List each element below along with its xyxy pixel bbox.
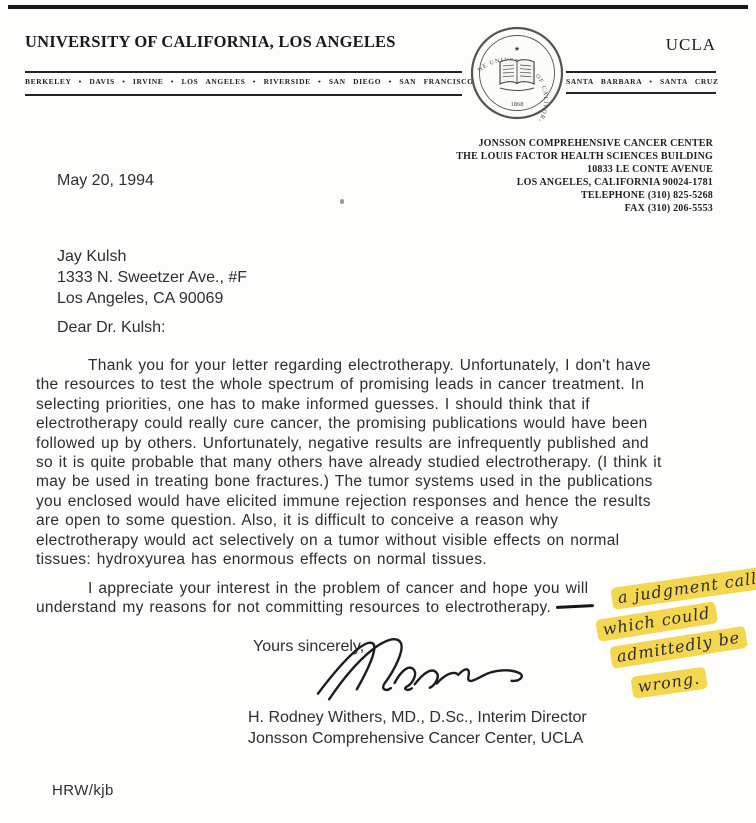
seal-star-icon: ★ xyxy=(514,45,520,53)
uc-seal-icon: THE UNIVERSITY OF CALIFORNIA ★ 1868 xyxy=(469,25,565,121)
salutation: Dear Dr. Kulsh: xyxy=(57,319,165,337)
body-paragraph-1: Thank you for your letter regarding elec… xyxy=(36,356,741,569)
recipient-address: Jay Kulsh1333 N. Sweetzer Ave., #FLos An… xyxy=(57,246,247,309)
letter-date: May 20, 1994 xyxy=(57,172,154,190)
top-rule xyxy=(8,5,748,9)
letter-sheet: UNIVERSITY OF CALIFORNIA, LOS ANGELES UC… xyxy=(0,0,756,823)
header-rule-bottom-right xyxy=(566,92,716,94)
header-rule-bottom-left xyxy=(25,94,462,96)
signature-block: H. Rodney Withers, MD., D.Sc., Interim D… xyxy=(248,708,587,749)
signature-icon xyxy=(311,620,534,708)
header-rule-top-right xyxy=(566,71,716,73)
handwritten-note-line: wrong. xyxy=(630,667,707,699)
header-rule-top-left xyxy=(25,71,462,73)
campus-list-left: BERKELEY • DAVIS • IRVINE • LOS ANGELES … xyxy=(25,77,474,86)
department-address-block: JONSSON COMPREHENSIVE CANCER CENTERTHE L… xyxy=(456,137,713,215)
campus-list-right: SANTA BARBARA • SANTA CRUZ xyxy=(566,77,716,86)
ucla-wordmark: UCLA xyxy=(666,35,716,55)
svg-text:1868: 1868 xyxy=(511,101,524,108)
university-name: UNIVERSITY OF CALIFORNIA, LOS ANGELES xyxy=(25,32,396,52)
reference-initials: HRW/kjb xyxy=(52,782,114,799)
scan-speck xyxy=(340,199,344,204)
